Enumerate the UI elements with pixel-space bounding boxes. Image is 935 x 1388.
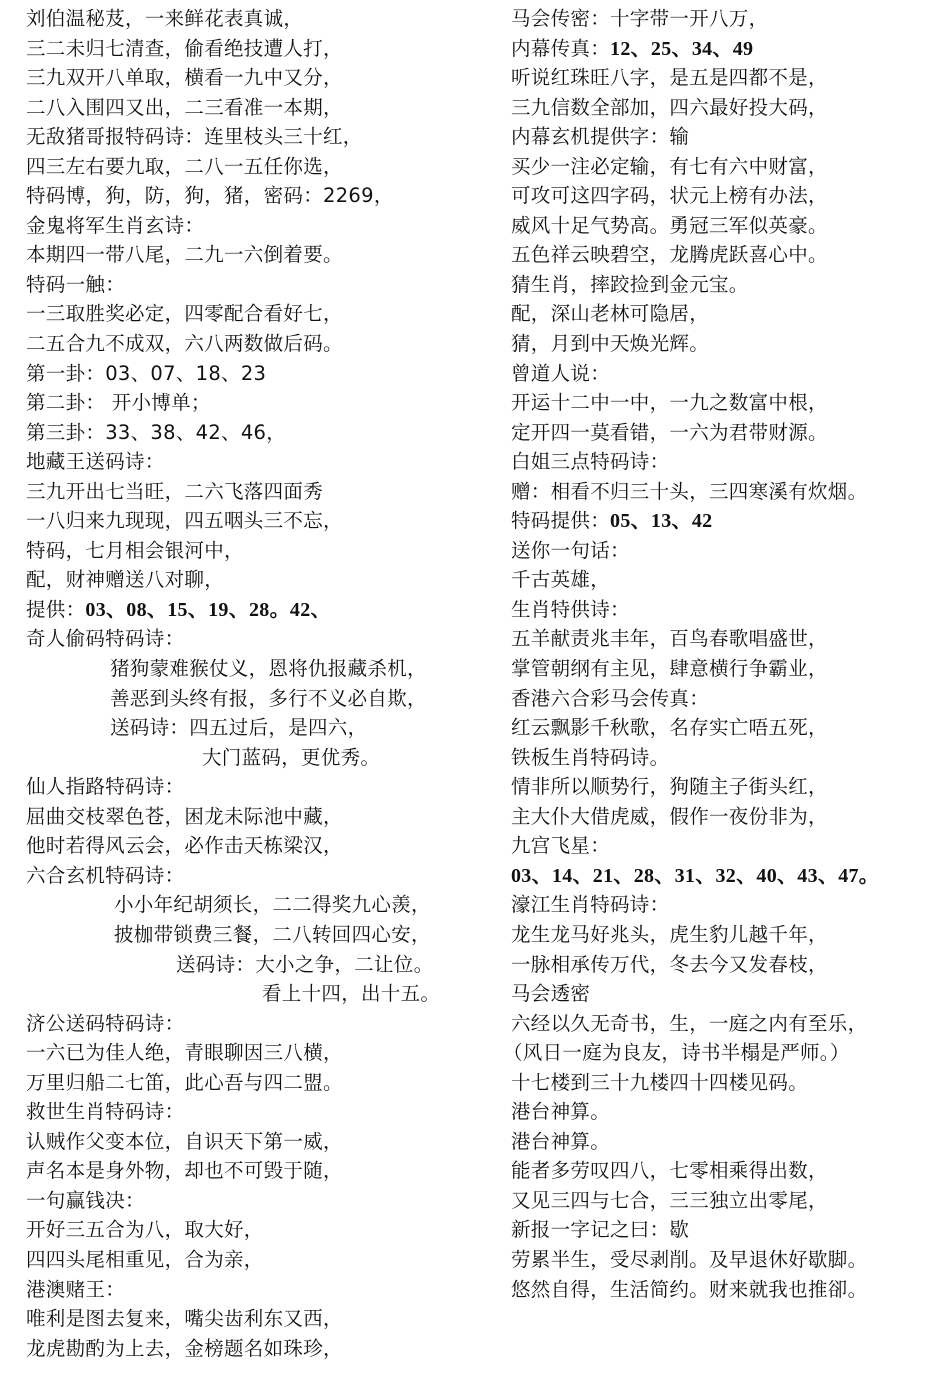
text-line: 奇人偷码特码诗： [26,624,486,654]
number-list: 12、25、34、49 [610,38,753,60]
text-line: 龙生龙马好兆头，虎生豹儿越千年， [511,920,935,950]
text-line: 听说红珠旺八字，是五是四都不是， [511,63,935,93]
text-line: 特码，七月相会银河中， [26,536,486,566]
text-line: 铁板生肖特码诗。 [511,743,935,773]
text-line: 威风十足气势高。勇冠三军似英豪。 [511,211,935,241]
text-line: 内幕玄机提供字：输 [511,122,935,152]
text-line: 特码博，狗，防，狗，猪，密码：2269， [26,181,486,211]
text-line: 地藏王送码诗： [26,447,486,477]
text-line: 一脉相承传万代，冬去今又发春枝， [511,950,935,980]
text-line: 能者多劳叹四八，七零相乘得出数， [511,1156,935,1186]
text-line: 大门蓝码，更优秀。 [26,743,486,773]
number-list: 03、14、21、28、31、32、40、43、47。 [511,865,879,887]
text-line: 万里归船二七笛，此心吾与四二盟。 [26,1068,486,1098]
text-line: 刘伯温秘芨，一来鲜花表真诚， [26,4,486,34]
text-line: 猜，月到中天焕光辉。 [511,329,935,359]
text-line: 千古英雄， [511,565,935,595]
line-label: 提供： [26,598,85,621]
text-line: 赠：相看不归三十头，三四寒溪有炊烟。 [511,477,935,507]
text-line: 香港六合彩马会传真： [511,684,935,714]
text-line: 屈曲交枝翠色苍，困龙未际池中藏， [26,802,486,832]
right-column: 马会传密：十字带一开八万，内幕传真：12、25、34、49听说红珠旺八字，是五是… [511,4,935,1304]
text-line: 九宫飞星： [511,831,935,861]
text-line: 一八归来九现现，四五咽头三不忘， [26,506,486,536]
text-line: 六经以久无奇书，生，一庭之内有至乐， [511,1009,935,1039]
text-line: 配，财神赠送八对聊， [26,565,486,595]
text-line: 第二卦： 开小博单； [26,388,486,418]
text-line: 特码一触： [26,270,486,300]
text-line: 三九开出七当旺，二六飞落四面秀 [26,477,486,507]
text-line: 一句赢钱决： [26,1186,486,1216]
text-line: 送码诗：大小之争，二让位。 [26,950,486,980]
left-column: 刘伯温秘芨，一来鲜花表真诚，三二未归七清查，偷看绝技遭人打，三九双开八单取，横看… [26,4,486,1363]
number-list: 03、08、15、19、28。42、 [85,599,330,621]
text-line: 济公送码特码诗： [26,1009,486,1039]
text-line: 第三卦：33、38、42、46， [26,418,486,448]
text-line: 猪狗蒙难猴仗义，恩将仇报藏杀机， [26,654,486,684]
text-line: 披枷带锁费三餐，二八转回四心安， [26,920,486,950]
text-line: 主大仆大借虎威，假作一夜份非为， [511,802,935,832]
text-line: 掌管朝纲有主见，肆意横行争霸业， [511,654,935,684]
text-line: 无敌猪哥报特码诗：连里枝头三十红， [26,122,486,152]
text-line: 新报一字记之曰：歇 [511,1215,935,1245]
text-line: 03、14、21、28、31、32、40、43、47。 [511,861,935,891]
text-line: 他时若得风云会，必作击天栋梁汉， [26,831,486,861]
line-label: 特码提供： [511,509,610,532]
text-line: 劳累半生，受尽剥削。及早退休好歇脚。 [511,1245,935,1275]
text-line: 唯利是图去复来，嘴尖齿利东又西， [26,1304,486,1334]
text-line: 内幕传真：12、25、34、49 [511,34,935,64]
text-line: 小小年纪胡须长，二二得奖九心羡， [26,890,486,920]
text-line: 定开四一莫看错，一六为君带财源。 [511,418,935,448]
text-line: （风日一庭为良友，诗书半榻是严师。） [503,1038,935,1068]
text-line: 仙人指路特码诗： [26,772,486,802]
text-line: 认贼作父变本位，自识天下第一威， [26,1127,486,1157]
text-line: 又见三四与七合，三三独立出零尾， [511,1186,935,1216]
text-line: 送码诗：四五过后，是四六， [26,713,486,743]
text-line: 红云飘影千秋歌，名存实亡唔五死， [511,713,935,743]
text-line: 买少一注必定输，有七有六中财富， [511,152,935,182]
text-line: 二五合九不成双，六八两数做后码。 [26,329,486,359]
text-line: 白姐三点特码诗： [511,447,935,477]
text-line: 第一卦：03、07、18、23 [26,359,486,389]
text-line: 开运十二中一中，一九之数富中根， [511,388,935,418]
text-line: 善恶到头终有报，多行不义必自欺， [26,684,486,714]
text-line: 本期四一带八尾，二九一六倒着要。 [26,240,486,270]
text-line: 开好三五合为八，取大好， [26,1215,486,1245]
line-label: 内幕传真： [511,37,610,60]
text-line: 配，深山老林可隐居， [511,299,935,329]
text-line: 龙虎勘酌为上去，金榜题名如珠珍， [26,1334,486,1364]
text-line: 马会透密 [511,979,935,1009]
text-line: 悠然自得，生活简约。财来就我也推卻。 [511,1275,935,1305]
text-line: 可攻可这四字码，状元上榜有办法， [511,181,935,211]
text-line: 四三左右要九取，二八一五任你选， [26,152,486,182]
text-line: 一六已为佳人绝，青眼聊因三八横， [26,1038,486,1068]
text-line: 四四头尾相重见，合为亲， [26,1245,486,1275]
text-line: 三九双开八单取，横看一九中又分， [26,63,486,93]
text-line: 三九信数全部加，四六最好投大码， [511,93,935,123]
text-line: 一三取胜奖必定，四零配合看好七， [26,299,486,329]
text-line: 六合玄机特码诗： [26,861,486,891]
text-line: 马会传密：十字带一开八万， [511,4,935,34]
text-line: 五色祥云映碧空，龙腾虎跃喜心中。 [511,240,935,270]
text-line: 二八入围四又出，二三看准一本期， [26,93,486,123]
text-line: 金鬼将军生肖玄诗： [26,211,486,241]
text-line: 猜生肖，摔跤捡到金元宝。 [511,270,935,300]
text-line: 生肖特供诗： [511,595,935,625]
text-line: 港台神算。 [511,1127,935,1157]
text-line: 港澳赌王： [26,1275,486,1305]
text-line: 三二未归七清查，偷看绝技遭人打， [26,34,486,64]
text-line: 提供：03、08、15、19、28。42、 [26,595,486,625]
text-line: 特码提供：05、13、42 [511,506,935,536]
text-line: 濠江生肖特码诗： [511,890,935,920]
text-line: 看上十四，出十五。 [26,979,486,1009]
text-line: 情非所以顺势行，狗随主子街头红， [511,772,935,802]
text-line: 送你一句话： [511,536,935,566]
text-line: 十七楼到三十九楼四十四楼见码。 [511,1068,935,1098]
text-line: 曾道人说： [511,359,935,389]
number-list: 05、13、42 [610,510,712,532]
text-line: 五羊献责兆丰年，百鸟春歌唱盛世， [511,624,935,654]
text-line: 声名本是身外物，却也不可毁于随， [26,1156,486,1186]
text-line: 救世生肖特码诗： [26,1097,486,1127]
text-line: 港台神算。 [511,1097,935,1127]
